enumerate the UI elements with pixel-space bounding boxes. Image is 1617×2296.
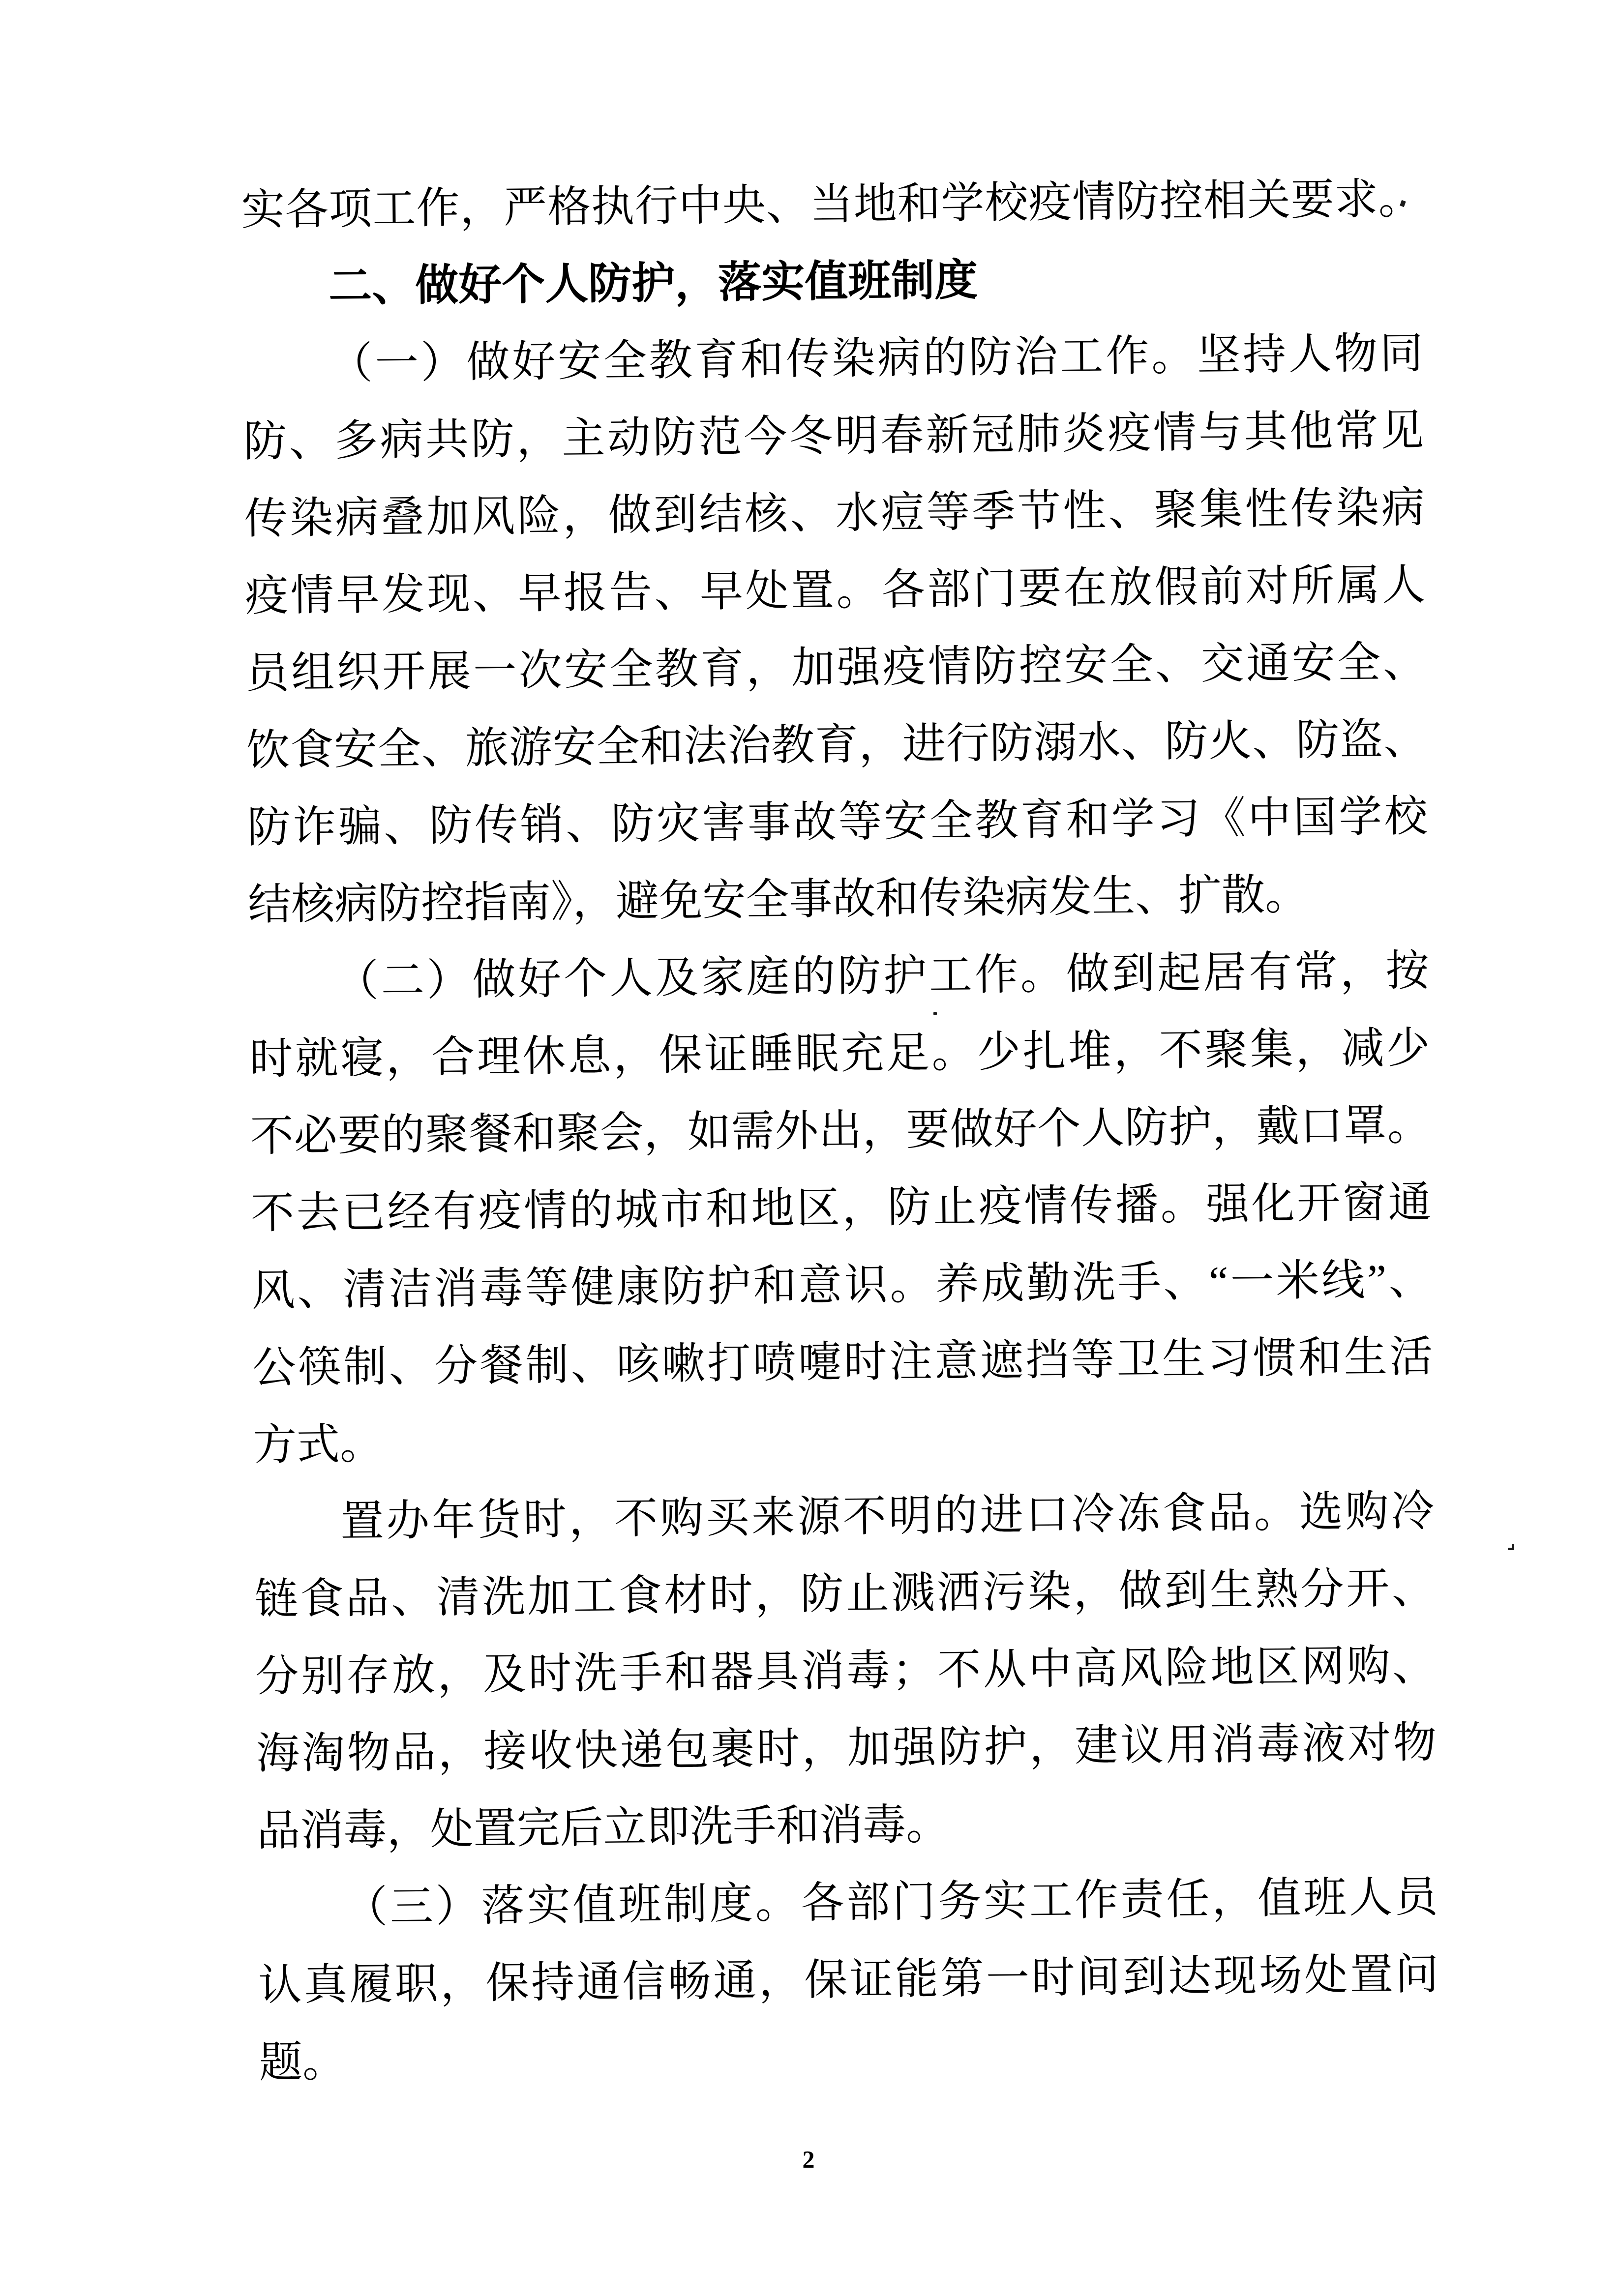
text-line: 认真履职，保持通信畅通，保证能第一时间到达现场处置问 bbox=[258, 1936, 1439, 2025]
text-line: 不去已经有疫情的城市和地区，防止疫情传播。强化开窗通 bbox=[251, 1164, 1432, 1253]
text-line: 时就寝，合理休息，保证睡眠充足。少扎堆，不聚集，减少 bbox=[249, 1010, 1430, 1098]
text-line: 疫情早发现、早报告、早处置。各部门要在放假前对所属人 bbox=[245, 547, 1426, 635]
text-line: 置办年货时，不购买来源不明的进口冷冻食品。选购冷 bbox=[254, 1473, 1435, 1561]
text-line: 分别存放，及时洗手和器具消毒；不从中高风险地区网购、 bbox=[255, 1627, 1436, 1716]
document-page: 实各项工作，严格执行中央、当地和学校疫情防控相关要求。二、做好个人防护，落实值班… bbox=[0, 0, 1617, 2296]
text-line: 防诈骗、防传销、防灾害事故等安全教育和学习《中国学校 bbox=[247, 778, 1428, 867]
text-line: （一）做好安全教育和传染病的防治工作。坚持人物同 bbox=[242, 315, 1423, 404]
text-line: （三）落实值班制度。各部门务实工作责任，值班人员 bbox=[257, 1859, 1438, 1947]
text-line: 防、多病共防，主动防范今冬明春新冠肺炎疫情与其他常见 bbox=[243, 392, 1424, 481]
text-line: 方式。 bbox=[253, 1396, 1434, 1484]
text-line: 不必要的聚餐和聚会，如需外出，要做好个人防护，戴口罩。 bbox=[250, 1087, 1431, 1176]
document-text-block: 实各项工作，严格执行中央、当地和学校疫情防控相关要求。二、做好个人防护，落实值班… bbox=[241, 161, 1440, 2102]
text-line: 题。 bbox=[259, 2013, 1439, 2102]
text-line: 链食品、清洗加工食材时，防止溅洒污染，做到生熟分开、 bbox=[254, 1550, 1435, 1639]
text-line: 风、清洁消毒等健康防护和意识。养成勤洗手、“一米线”、 bbox=[251, 1241, 1432, 1330]
text-line: 品消毒，处置完后立即洗手和消毒。 bbox=[257, 1782, 1437, 1870]
scan-speck bbox=[1512, 1544, 1514, 1550]
page-number: 2 bbox=[0, 2145, 1617, 2174]
text-line: 实各项工作，严格执行中央、当地和学校疫情防控相关要求。 bbox=[241, 161, 1422, 249]
scan-speck bbox=[933, 1012, 937, 1015]
text-line: 公筷制、分餐制、咳嗽打喷嚏时注意遮挡等卫生习惯和生活 bbox=[252, 1319, 1433, 1407]
text-line: （二）做好个人及家庭的防护工作。做到起居有常，按 bbox=[248, 933, 1429, 1021]
text-line: 海淘物品，接收快递包裹时，加强防护，建议用消毒液对物 bbox=[256, 1705, 1437, 1793]
text-line: 传染病叠加风险，做到结核、水痘等季节性、聚集性传染病 bbox=[244, 470, 1425, 558]
section-heading: 二、做好个人防护，落实值班制度 bbox=[242, 238, 1423, 326]
text-line: 结核病防控指南》，避免安全事故和传染病发生、扩散。 bbox=[248, 855, 1429, 944]
text-line: 饮食安全、旅游安全和法治教育，进行防溺水、防火、防盗、 bbox=[246, 701, 1427, 790]
text-line: 员组织开展一次安全教育，加强疫情防控安全、交通安全、 bbox=[245, 624, 1426, 712]
